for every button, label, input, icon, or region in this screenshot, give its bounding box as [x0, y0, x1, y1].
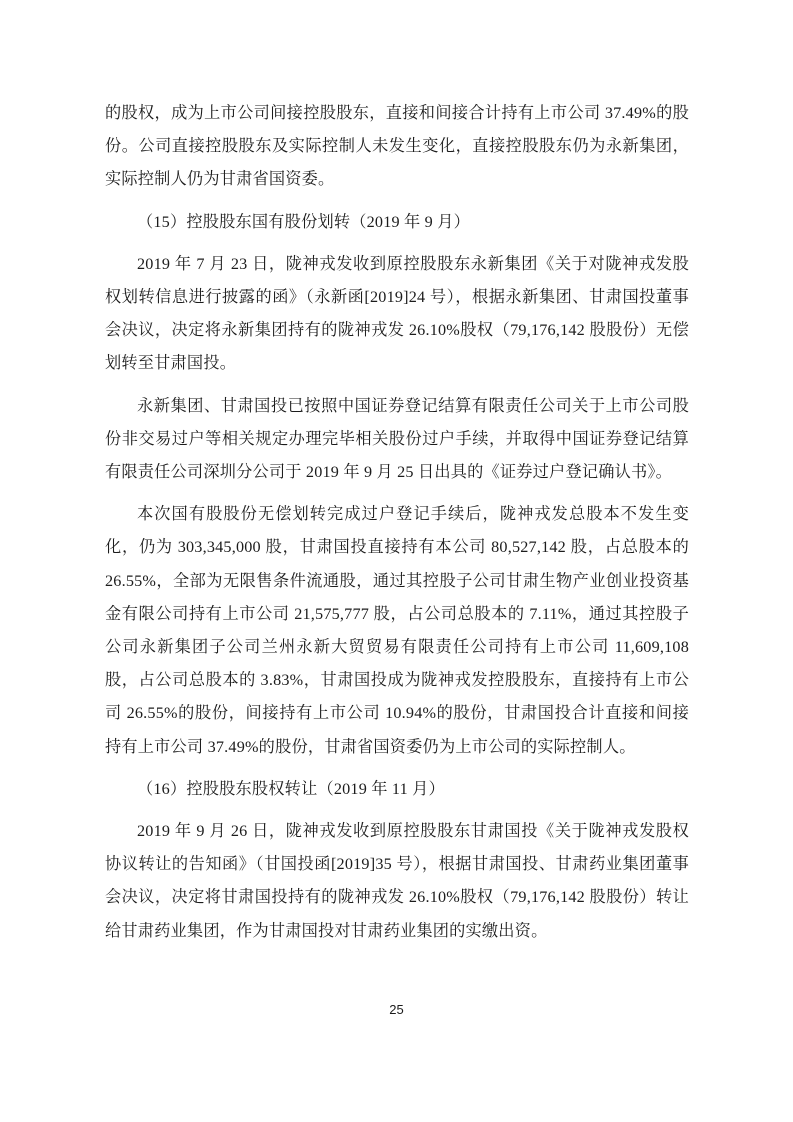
section-heading-16: （16）控股股东股权转让（2019 年 11 月）: [105, 773, 689, 806]
paragraph-shareholding-structure: 本次国有股股份无偿划转完成过户登记手续后，陇神戎发总股本不发生变化，仍为 303…: [105, 498, 689, 764]
paragraph-equity-transfer-agreement: 2019 年 9 月 26 日，陇神戎发收到原控股股东甘肃国投《关于陇神戎发股权…: [105, 815, 689, 948]
document-page: 的股权，成为上市公司间接控股股东，直接和间接合计持有上市公司 37.49%的股份…: [0, 0, 793, 1122]
page-text-block: 的股权，成为上市公司间接控股股东，直接和间接合计持有上市公司 37.49%的股份…: [105, 97, 689, 957]
section-heading-15: （15）控股股东国有股份划转（2019 年 9 月）: [105, 206, 689, 239]
paragraph-registration-confirmation: 永新集团、甘肃国投已按照中国证券登记结算有限责任公司关于上市公司股份非交易过户等…: [105, 390, 689, 490]
paragraph-continuation: 的股权，成为上市公司间接控股股东，直接和间接合计持有上市公司 37.49%的股份…: [105, 97, 689, 197]
paragraph-share-transfer-notice: 2019 年 7 月 23 日，陇神戎发收到原控股股东永新集团《关于对陇神戎发股…: [105, 248, 689, 381]
page-number: 25: [0, 1002, 793, 1017]
